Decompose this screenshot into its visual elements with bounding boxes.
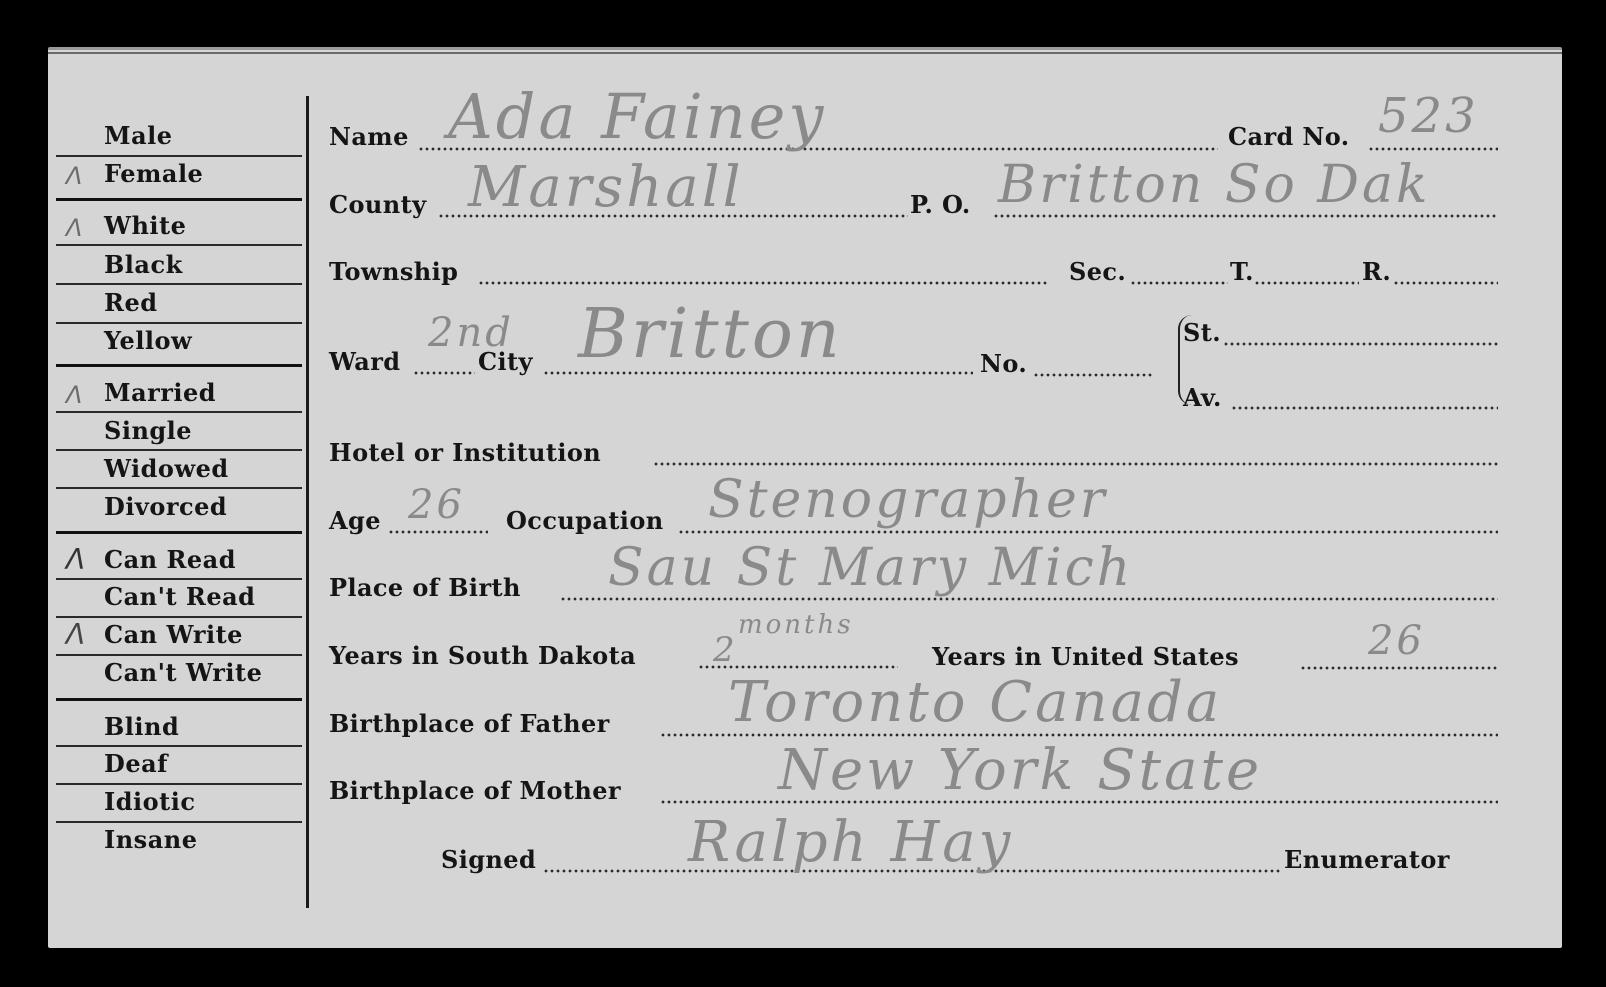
checkbox-red[interactable]: Red: [56, 285, 302, 323]
age-line: [388, 530, 488, 534]
years-us-label: Years in United States: [932, 642, 1239, 671]
checkbox-divorced[interactable]: Divorced: [56, 489, 302, 527]
checkbox-black[interactable]: Black: [56, 247, 302, 285]
years-us-line: [1300, 666, 1498, 670]
t-line: [1254, 281, 1359, 285]
checkbox-single[interactable]: Single: [56, 413, 302, 451]
black-label: Black: [104, 250, 183, 279]
years-sd-note: months: [738, 610, 854, 640]
sec-line: [1130, 281, 1228, 285]
checkbox-cant-read[interactable]: Can't Read: [56, 579, 302, 617]
signed-field[interactable]: Ralph Hay: [688, 810, 1013, 875]
no-line: [1033, 373, 1153, 377]
column-divider: [306, 96, 309, 908]
years-sd-field[interactable]: 2: [713, 630, 738, 670]
single-label: Single: [104, 416, 192, 445]
female-label: Female: [104, 159, 203, 188]
hotel-label: Hotel or Institution: [329, 438, 601, 467]
check-mark-icon: Λ: [66, 214, 82, 242]
census-card: Male Λ Female Λ White Black Red Yellow Λ…: [48, 47, 1562, 948]
section-divider: [56, 364, 302, 367]
section-divider: [56, 531, 302, 534]
county-label: County: [329, 190, 426, 219]
hotel-line: [653, 462, 1498, 466]
place-of-birth-field[interactable]: Sau St Mary Mich: [608, 538, 1133, 598]
place-of-birth-label: Place of Birth: [329, 573, 521, 602]
cant-read-label: Can't Read: [104, 582, 255, 611]
checkbox-cant-write[interactable]: Can't Write: [56, 655, 302, 693]
card-no-label: Card No.: [1228, 122, 1350, 151]
no-label: No.: [980, 349, 1027, 378]
av-line: [1231, 406, 1498, 410]
mother-birthplace-label: Birthplace of Mother: [329, 776, 621, 805]
blind-label: Blind: [104, 712, 179, 741]
t-label: T.: [1230, 257, 1254, 286]
city-field[interactable]: Britton: [578, 295, 843, 374]
township-label: Township: [329, 257, 458, 286]
section-divider: [56, 698, 302, 701]
male-label: Male: [104, 121, 173, 150]
checkbox-deaf[interactable]: Deaf: [56, 746, 302, 784]
checkbox-blind[interactable]: Blind: [56, 709, 302, 747]
cant-write-label: Can't Write: [104, 658, 262, 687]
township-line: [478, 281, 1048, 285]
father-birthplace-label: Birthplace of Father: [329, 709, 610, 738]
idiotic-label: Idiotic: [104, 787, 195, 816]
enumerator-label: Enumerator: [1284, 845, 1450, 874]
signed-label: Signed: [441, 845, 536, 874]
check-mark-icon: Λ: [66, 543, 85, 576]
checkbox-can-write[interactable]: Λ Can Write: [56, 617, 302, 655]
card-no-line: [1368, 147, 1498, 151]
occupation-line: [678, 530, 1498, 534]
divorced-label: Divorced: [104, 492, 227, 521]
checkbox-white[interactable]: Λ White: [56, 208, 302, 246]
card-no-field[interactable]: 523: [1378, 88, 1479, 144]
ward-label: Ward: [329, 347, 400, 376]
years-sd-label: Years in South Dakota: [329, 641, 636, 670]
age-field[interactable]: 26: [408, 482, 465, 528]
father-birthplace-field[interactable]: Toronto Canada: [728, 670, 1222, 735]
can-read-label: Can Read: [104, 545, 236, 574]
sec-label: Sec.: [1069, 257, 1126, 286]
divider: [56, 244, 302, 246]
av-label: Av.: [1183, 383, 1222, 412]
occupation-label: Occupation: [506, 506, 664, 535]
insane-label: Insane: [104, 825, 197, 854]
r-label: R.: [1362, 257, 1391, 286]
checkbox-yellow[interactable]: Yellow: [56, 323, 302, 361]
age-label: Age: [329, 506, 381, 535]
checkbox-insane[interactable]: Insane: [56, 822, 302, 860]
check-mark-icon: Λ: [66, 618, 85, 651]
checkbox-married[interactable]: Λ Married: [56, 375, 302, 413]
section-divider: [56, 198, 302, 201]
po-label: P. O.: [910, 190, 971, 219]
checkbox-female[interactable]: Λ Female: [56, 156, 302, 194]
mother-birthplace-field[interactable]: New York State: [778, 738, 1262, 803]
st-label: St.: [1183, 318, 1221, 347]
white-label: White: [104, 211, 186, 240]
red-label: Red: [104, 288, 158, 317]
name-label: Name: [329, 122, 409, 151]
r-line: [1393, 281, 1498, 285]
po-field[interactable]: Britton So Dak: [998, 155, 1430, 215]
check-mark-icon: Λ: [66, 381, 82, 409]
ward-line: [413, 371, 475, 375]
checkbox-can-read[interactable]: Λ Can Read: [56, 542, 302, 580]
married-label: Married: [104, 378, 216, 407]
yellow-label: Yellow: [104, 326, 192, 355]
city-label: City: [478, 347, 533, 376]
check-mark-icon: Λ: [66, 162, 82, 190]
checkbox-idiotic[interactable]: Idiotic: [56, 784, 302, 822]
years-us-field[interactable]: 26: [1368, 618, 1425, 664]
checkbox-male[interactable]: Male: [56, 118, 302, 156]
name-field[interactable]: Ada Fainey: [448, 80, 826, 153]
can-write-label: Can Write: [104, 620, 243, 649]
widowed-label: Widowed: [104, 454, 229, 483]
deaf-label: Deaf: [104, 749, 168, 778]
checkbox-widowed[interactable]: Widowed: [56, 451, 302, 489]
st-line: [1223, 342, 1498, 346]
occupation-field[interactable]: Stenographer: [708, 470, 1108, 530]
county-field[interactable]: Marshall: [468, 155, 744, 220]
